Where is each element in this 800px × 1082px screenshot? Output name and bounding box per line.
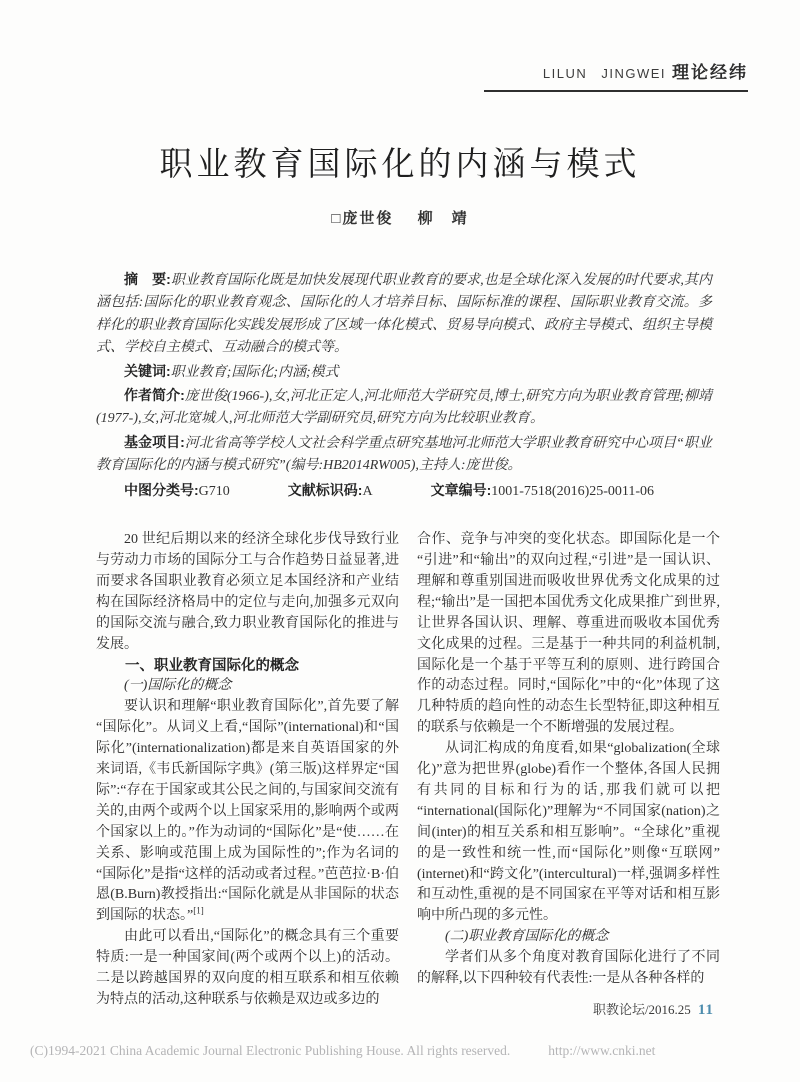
clc-label: 中图分类号: bbox=[124, 482, 199, 498]
fund-label: 基金项目: bbox=[124, 434, 185, 450]
article-title: 职业教育国际化的内涵与模式 bbox=[0, 0, 800, 185]
keywords-label: 关键词: bbox=[124, 363, 171, 379]
abstract: 摘 要:职业教育国际化既是加快发展现代职业教育的要求,也是全球化深入发展的时代要… bbox=[96, 268, 712, 360]
journal-issue: 职教论坛/2016.25 bbox=[593, 1002, 691, 1017]
page-number: 11 bbox=[698, 1002, 714, 1018]
journal-header: LILUN JINGWEI理论经纬 bbox=[484, 58, 748, 92]
article-authors: □庞世俊 柳 靖 bbox=[0, 207, 800, 228]
keywords: 关键词:职业教育;国际化;内涵;模式 bbox=[96, 360, 712, 384]
journal-name-pinyin: LILUN JINGWEI bbox=[543, 66, 666, 81]
article-id-label: 文章编号: bbox=[431, 482, 492, 498]
journal-page: LILUN JINGWEI理论经纬 职业教育国际化的内涵与模式 □庞世俊 柳 靖… bbox=[0, 0, 800, 1082]
abstract-label: 摘 要: bbox=[124, 271, 171, 287]
page-footer: 职教论坛/2016.2511 bbox=[593, 999, 714, 1019]
body-paragraph: 由此可以看出,“国际化”的概念具有三个重要特质:一是一种国家间(两个或两个以上)… bbox=[96, 927, 399, 1011]
keywords-text: 职业教育;国际化;内涵;模式 bbox=[171, 365, 339, 380]
article-body: 20 世纪后期以来的经济全球化步伐导致行业与劳动力市场的国际分工与合作趋势日益显… bbox=[96, 530, 720, 1011]
article-id-value: 1001-7518(2016)25-0011-06 bbox=[491, 484, 654, 499]
fund-project: 基金项目:河北省高等学校人文社会科学重点研究基地河北师范大学职业教育研究中心项目… bbox=[96, 431, 712, 478]
body-paragraph: 学者们从多个角度对教育国际化进行了不同的解释,以下四种较有代表性:一是从各种各样… bbox=[417, 948, 720, 990]
journal-section-title: 理论经纬 bbox=[672, 63, 748, 82]
body-heading: 一、职业教育国际化的概念 bbox=[96, 656, 399, 677]
copyright-text: (C)1994-2021 China Academic Journal Elec… bbox=[30, 1043, 510, 1059]
copyright-url: http://www.cnki.net bbox=[548, 1043, 655, 1059]
author-name: □庞世俊 bbox=[331, 210, 393, 227]
body-paragraph: 合作、竞争与冲突的变化状态。即国际化是一个“引进”和“输出”的双向过程,“引进”… bbox=[417, 530, 720, 739]
doc-code-label: 文献标识码: bbox=[288, 482, 363, 498]
classification-row: 中图分类号:G710文献标识码:A文章编号:1001-7518(2016)25-… bbox=[96, 479, 712, 503]
fund-text: 河北省高等学校人文社会科学重点研究基地河北师范大学职业教育研究中心项目“职业教育… bbox=[96, 436, 712, 473]
body-paragraph: 从词汇构成的角度看,如果“globalization(全球化)”意为把世界(gl… bbox=[417, 739, 720, 927]
author-bio: 作者简介:庞世俊(1966-),女,河北正定人,河北师范大学研究员,博士,研究方… bbox=[96, 384, 712, 431]
copyright-bar: (C)1994-2021 China Academic Journal Elec… bbox=[30, 1043, 770, 1059]
reference-marker: [1] bbox=[193, 906, 204, 916]
right-column: 合作、竞争与冲突的变化状态。即国际化是一个“引进”和“输出”的双向过程,“引进”… bbox=[417, 530, 720, 1011]
left-column: 20 世纪后期以来的经济全球化步伐导致行业与劳动力市场的国际分工与合作趋势日益显… bbox=[96, 530, 399, 1011]
article-id: 文章编号:1001-7518(2016)25-0011-06 bbox=[431, 484, 654, 499]
author-bio-label: 作者简介: bbox=[124, 387, 185, 403]
author-name: 柳 靖 bbox=[418, 210, 469, 227]
document-code: 文献标识码:A bbox=[288, 484, 373, 499]
front-matter: 摘 要:职业教育国际化既是加快发展现代职业教育的要求,也是全球化深入发展的时代要… bbox=[96, 268, 712, 503]
author-bio-text: 庞世俊(1966-),女,河北正定人,河北师范大学研究员,博士,研究方向为职业教… bbox=[96, 389, 712, 426]
clc-value: G710 bbox=[199, 484, 230, 499]
body-paragraph: 20 世纪后期以来的经济全球化步伐导致行业与劳动力市场的国际分工与合作趋势日益显… bbox=[96, 530, 399, 655]
body-heading: (一)国际化的概念 bbox=[96, 676, 399, 697]
body-heading: (二)职业教育国际化的概念 bbox=[417, 927, 720, 948]
abstract-text: 职业教育国际化既是加快发展现代职业教育的要求,也是全球化深入发展的时代要求,其内… bbox=[96, 273, 712, 355]
doc-code-value: A bbox=[362, 484, 372, 499]
clc-number: 中图分类号:G710 bbox=[124, 484, 230, 499]
body-paragraph: 要认识和理解“职业教育国际化”,首先要了解“国际化”。从词义上看,“国际”(in… bbox=[96, 697, 399, 927]
